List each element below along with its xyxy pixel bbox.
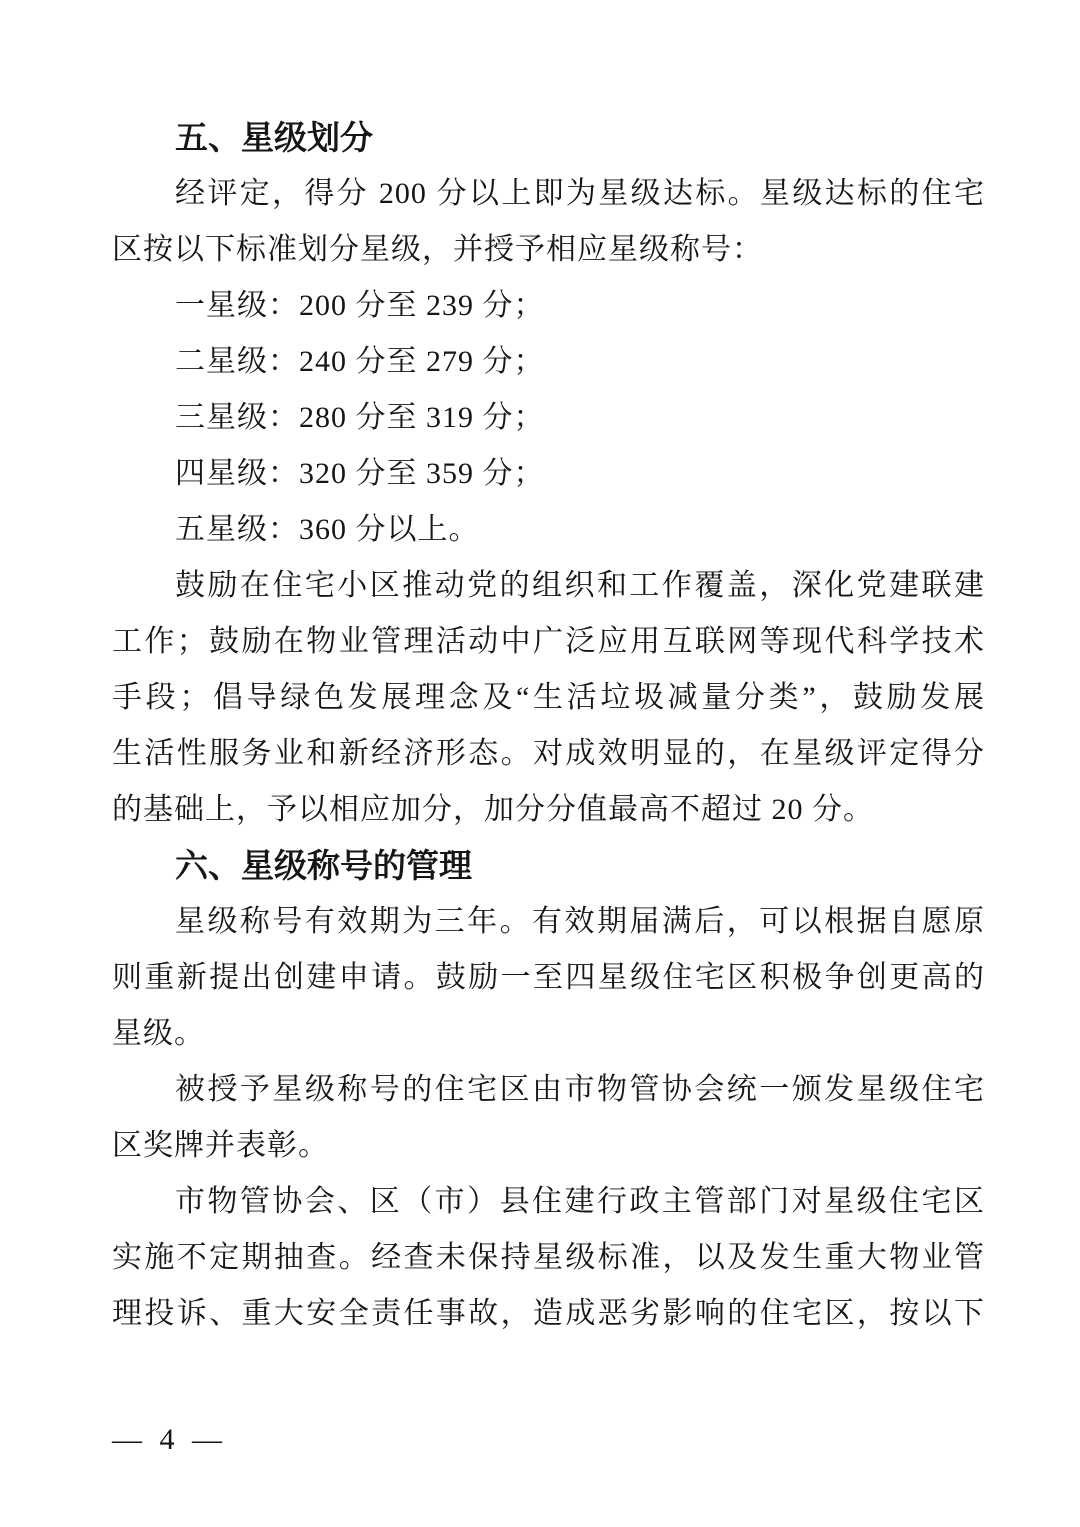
paragraph-line: 生活性服务业和新经济形态。对成效明显的，在星级评定得分: [112, 726, 985, 782]
paragraph-line: 则重新提出创建申请。鼓励一至四星级住宅区积极争创更高的: [112, 950, 985, 1006]
paragraph-line: 市物管协会、区（市）县住建行政主管部门对星级住宅区: [112, 1174, 985, 1230]
paragraph-line: 经评定，得分 200 分以上即为星级达标。星级达标的住宅: [112, 166, 985, 222]
page-number: — 4 —: [112, 1412, 222, 1468]
paragraph-line: 区奖牌并表彰。: [112, 1118, 985, 1174]
list-item-star-4: 四星级：320 分至 359 分；: [112, 446, 985, 502]
paragraph-line: 星级。: [112, 1006, 985, 1062]
paragraph-line: 被授予星级称号的住宅区由市物管协会统一颁发星级住宅: [112, 1062, 985, 1118]
paragraph-line: 星级称号有效期为三年。有效期届满后，可以根据自愿原: [112, 894, 985, 950]
paragraph-line: 区按以下标准划分星级，并授予相应星级称号：: [112, 222, 985, 278]
list-item-star-5: 五星级：360 分以上。: [112, 502, 985, 558]
paragraph-line: 工作；鼓励在物业管理活动中广泛应用互联网等现代科学技术: [112, 614, 985, 670]
document-content: 五、星级划分 经评定，得分 200 分以上即为星级达标。星级达标的住宅 区按以下…: [112, 110, 985, 1342]
document-page: 五、星级划分 经评定，得分 200 分以上即为星级达标。星级达标的住宅 区按以下…: [0, 0, 1080, 1527]
section-heading-5: 五、星级划分: [112, 110, 985, 166]
paragraph-line: 鼓励在住宅小区推动党的组织和工作覆盖，深化党建联建: [112, 558, 985, 614]
list-item-star-3: 三星级：280 分至 319 分；: [112, 390, 985, 446]
paragraph-line: 手段；倡导绿色发展理念及“生活垃圾减量分类”，鼓励发展: [112, 670, 985, 726]
list-item-star-2: 二星级：240 分至 279 分；: [112, 334, 985, 390]
section-heading-6: 六、星级称号的管理: [112, 838, 985, 894]
list-item-star-1: 一星级：200 分至 239 分；: [112, 278, 985, 334]
paragraph-line: 的基础上，予以相应加分，加分分值最高不超过 20 分。: [112, 782, 985, 838]
paragraph-line: 理投诉、重大安全责任事故，造成恶劣影响的住宅区，按以下: [112, 1286, 985, 1342]
paragraph-line: 实施不定期抽查。经查未保持星级标准，以及发生重大物业管: [112, 1230, 985, 1286]
